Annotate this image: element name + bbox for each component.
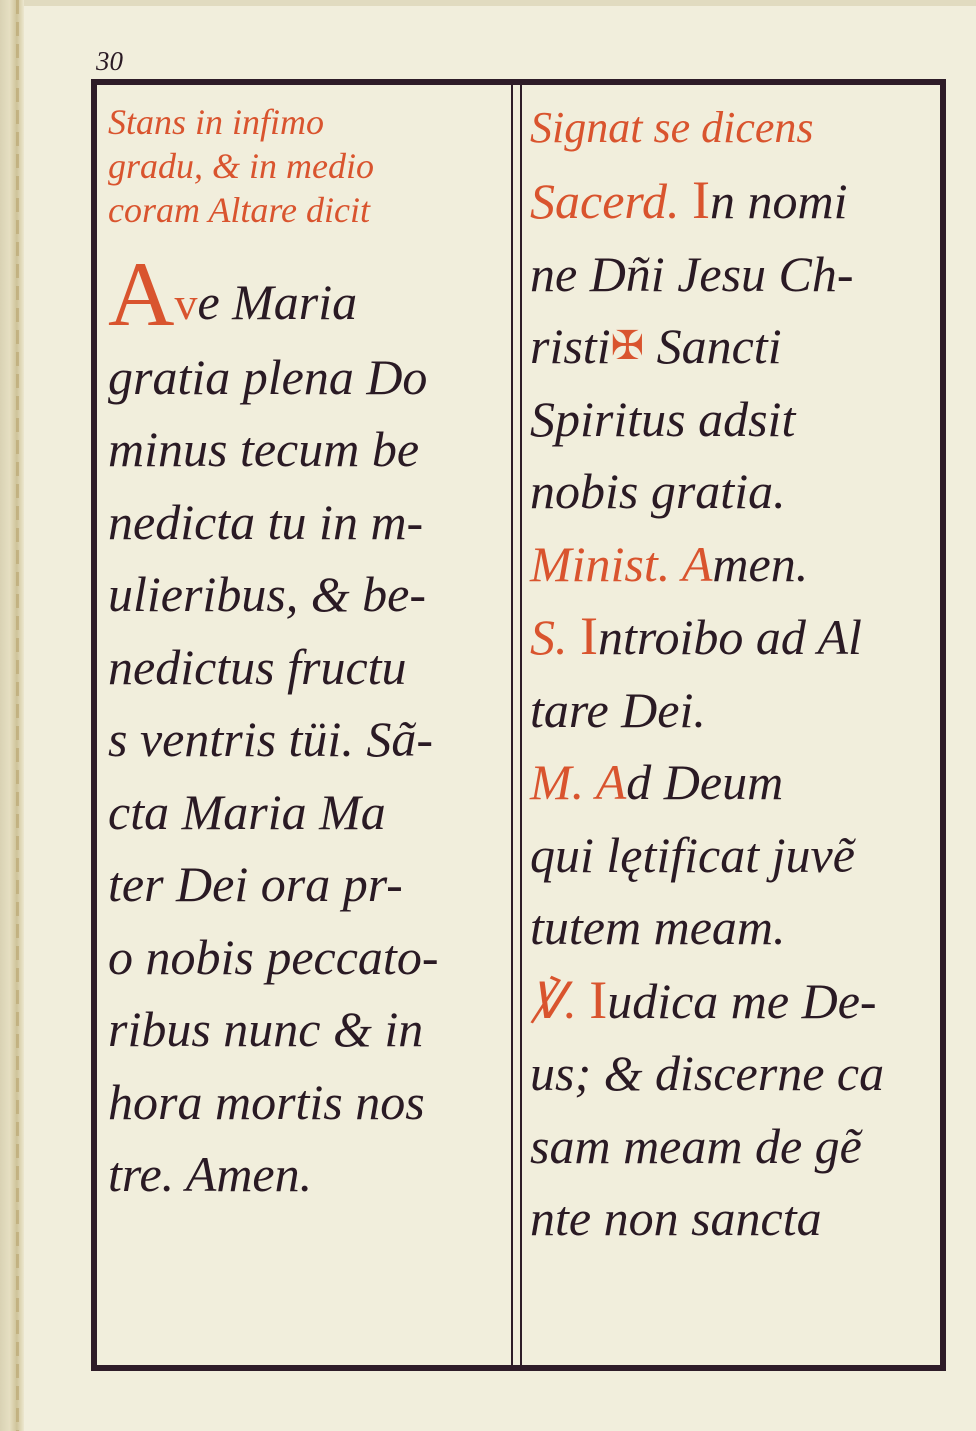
text-line: M. Ad Deum: [530, 746, 940, 819]
right-column: Signat se dicens Sacerd. In nomi ne Dñi …: [530, 100, 940, 1255]
red-initial-I: I: [580, 606, 598, 666]
text-line: s ventris tüi. Sã-: [108, 703, 503, 776]
text-line: sam meam de gẽ: [530, 1110, 940, 1183]
rubric-line: Stans in infimo: [108, 100, 503, 144]
text-line: S. Introibo ad Al: [530, 600, 940, 674]
page-top-edge: [0, 0, 976, 6]
red-initial-I: I: [589, 970, 607, 1030]
rubric-line: gradu, & in medio: [108, 144, 503, 188]
text-line: us; & discerne ca: [530, 1037, 940, 1110]
text-line: risti✠ Sancti: [530, 310, 940, 383]
text-line: qui lętificat juvẽ: [530, 819, 940, 892]
text-line: tare Dei.: [530, 674, 940, 747]
text-line: ℣. Iudica me De-: [530, 964, 940, 1038]
red-letter-v: v: [174, 278, 197, 329]
text-line: nedictus fructu: [108, 631, 503, 704]
text-line: ne Dñi Jesu Ch-: [530, 238, 940, 311]
text-line: tutem meam.: [530, 891, 940, 964]
introit-text: Sacerd. In nomi ne Dñi Jesu Ch- risti✠ S…: [530, 164, 940, 1255]
left-column: Stans in infimo gradu, & in medio coram …: [108, 100, 503, 1211]
speaker-label-minister: Minist. A: [530, 536, 712, 592]
red-cross-icon: ✠: [611, 323, 645, 368]
red-initial-I: I: [692, 170, 710, 230]
decorated-initial-A: A: [108, 243, 174, 345]
versicle-symbol: ℣.: [530, 973, 589, 1029]
text-line: tre. Amen.: [108, 1138, 503, 1211]
page-gutter-edge: [0, 0, 24, 1431]
ave-maria-text: Ave Maria gratia plena Do minus tecum be…: [108, 258, 503, 1211]
right-rubric: Signat se dicens: [530, 100, 940, 156]
text-line: hora mortis nos: [108, 1066, 503, 1139]
text-line: Sacerd. In nomi: [530, 164, 940, 238]
text-line: nedicta tu in m-: [108, 486, 503, 559]
column-divider-rule-right: [520, 85, 522, 1367]
text-line: ter Dei ora pr-: [108, 848, 503, 921]
text-line: cta Maria Ma: [108, 776, 503, 849]
text-line: minus tecum be: [108, 413, 503, 486]
text-line: Minist. Amen.: [530, 528, 940, 601]
text-line: gratia plena Do: [108, 341, 503, 414]
text-line: nobis gratia.: [530, 455, 940, 528]
speaker-label-minister: M. A: [530, 754, 626, 810]
text-line: ulieribus, & be-: [108, 558, 503, 631]
text-line: o nobis peccato-: [108, 921, 503, 994]
column-divider-rule-left: [511, 85, 513, 1367]
text-line: ribus nunc & in: [108, 993, 503, 1066]
text-line: Ave Maria: [108, 258, 503, 341]
page-number: 30: [96, 46, 123, 77]
text-line: nte non sancta: [530, 1182, 940, 1255]
text-line: Spiritus adsit: [530, 383, 940, 456]
speaker-label-sacerdos: S.: [530, 609, 580, 665]
left-rubric: Stans in infimo gradu, & in medio coram …: [108, 100, 503, 232]
rubric-line: coram Altare dicit: [108, 188, 503, 232]
